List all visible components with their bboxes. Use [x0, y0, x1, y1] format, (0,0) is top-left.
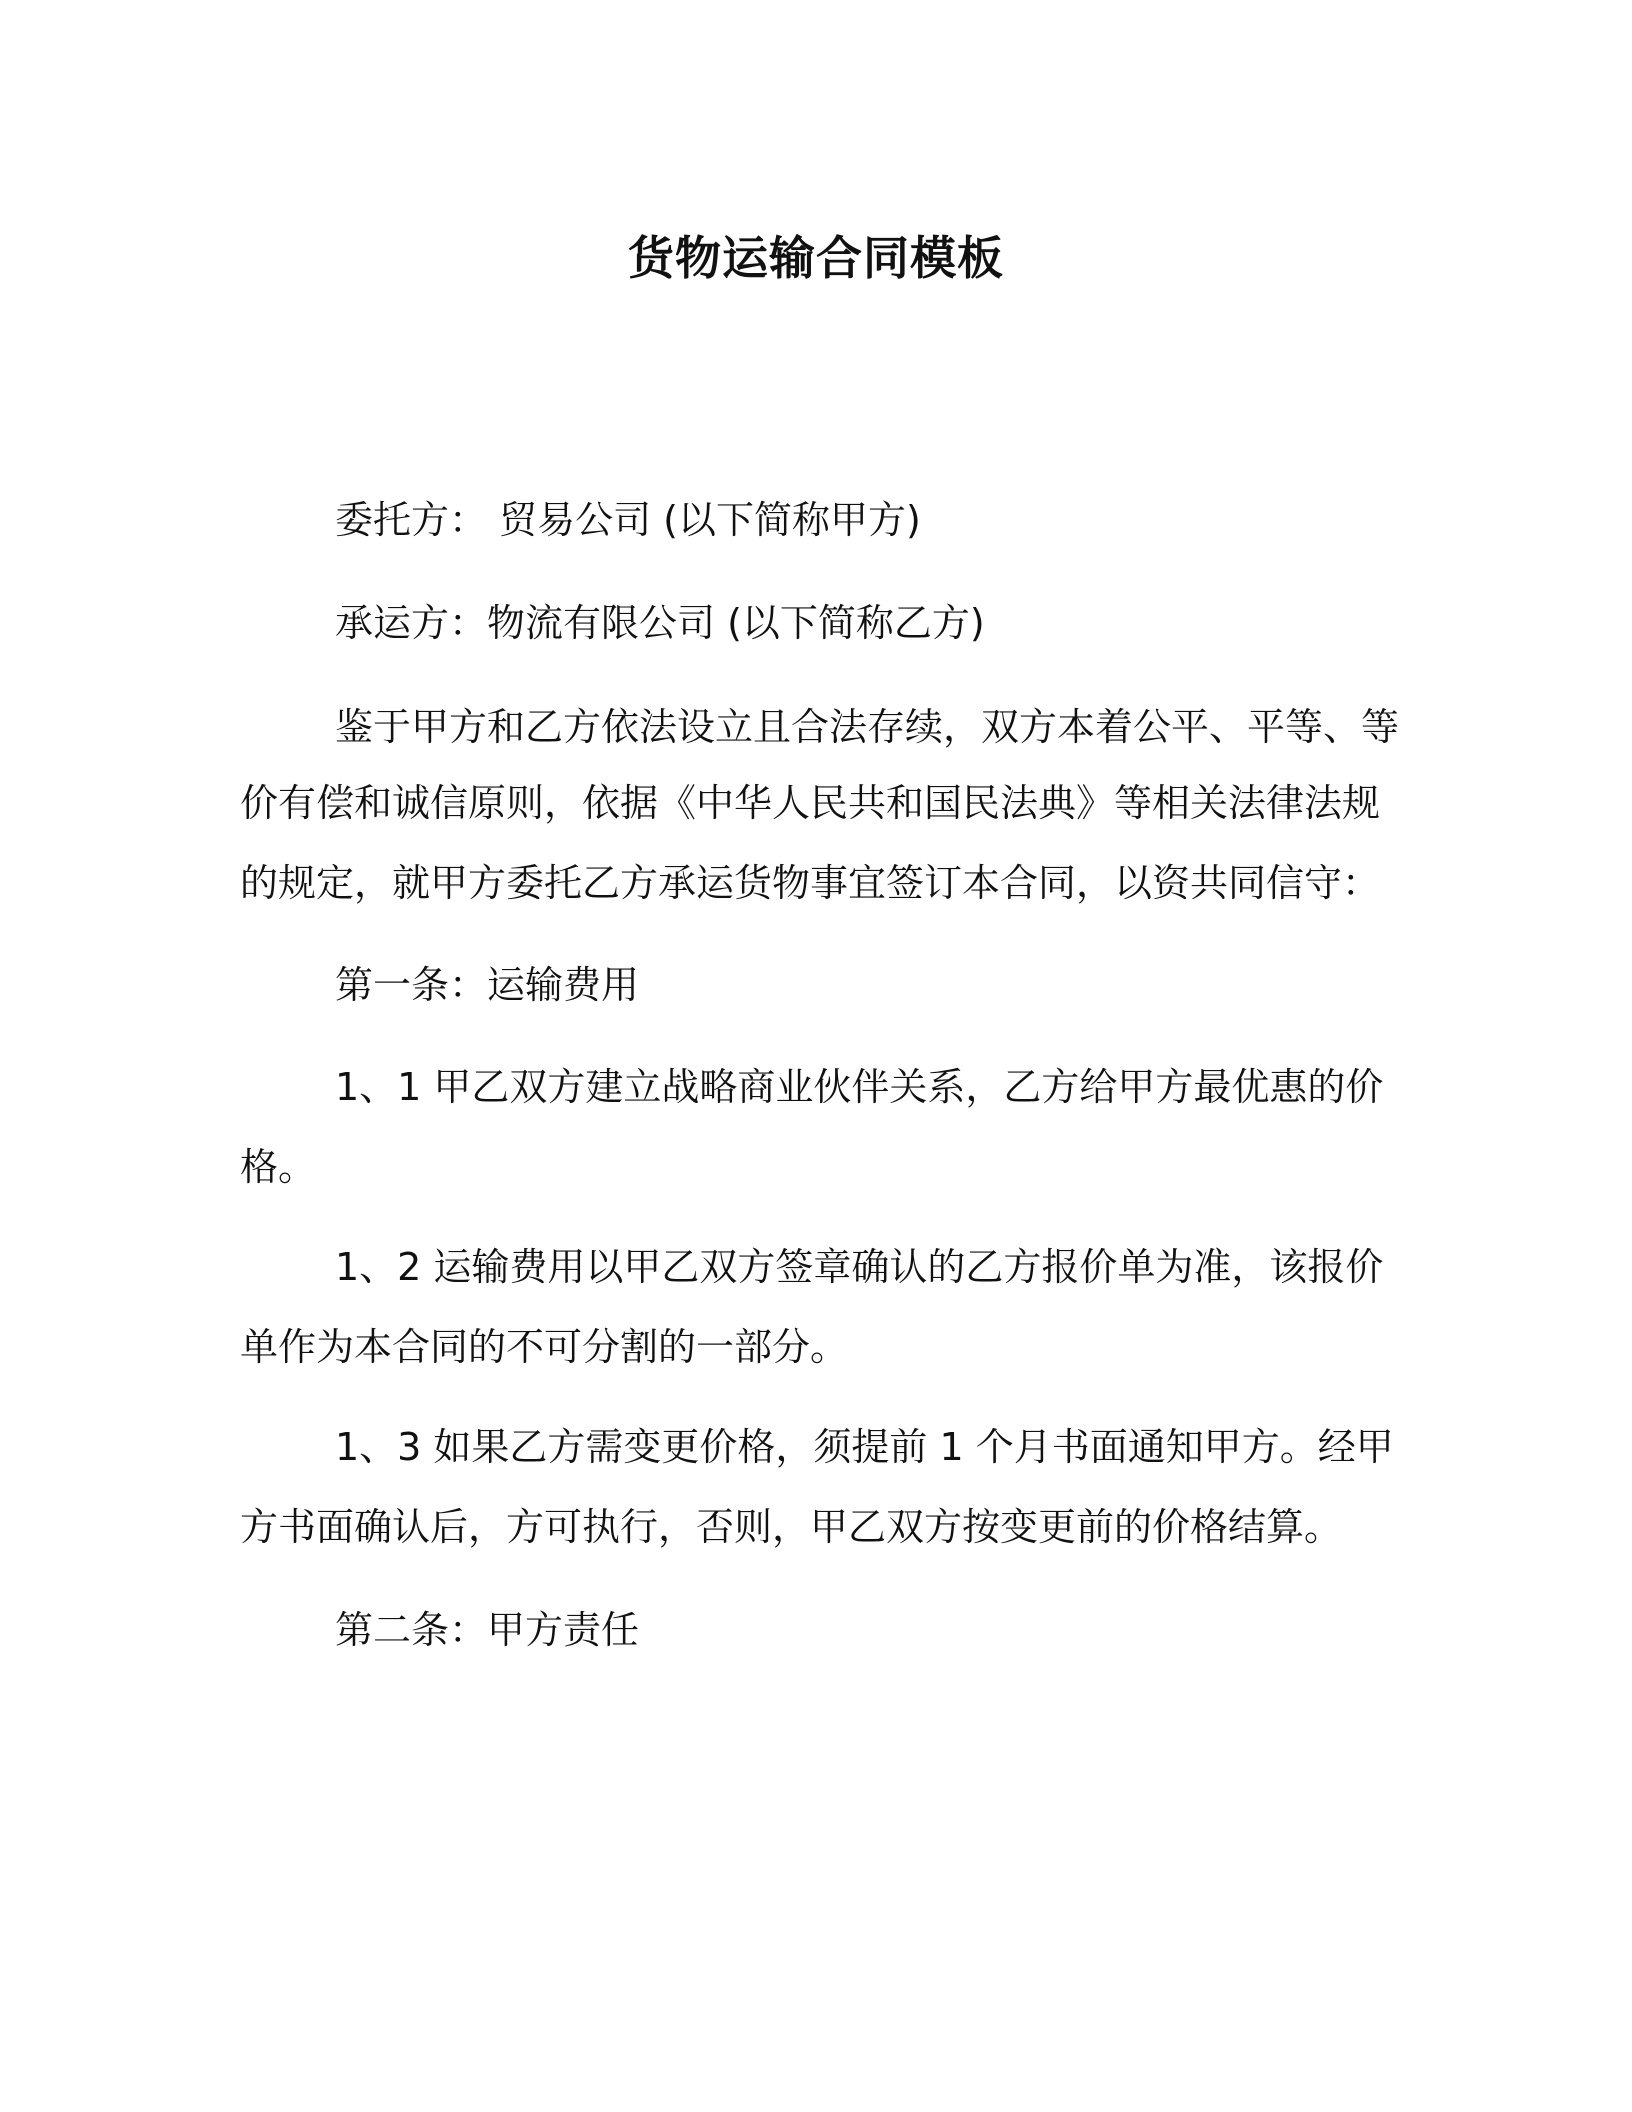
preamble-line-2: 价有偿和诚信原则，依据《中华人民共和国民法典》等相关法律法规 [240, 778, 1380, 828]
clause-1-1-line-2: 格。 [240, 1142, 1380, 1192]
article-1-heading: 第一条：运输费用 [335, 960, 1475, 1010]
clause-1-3-line-1: 1、3 如果乙方需变更价格，须提前 1 个月书面通知甲方。经甲 [335, 1422, 1475, 1472]
consignor-line: 委托方： 贸易公司 (以下简称甲方) [335, 495, 1475, 545]
clause-1-3-line-2: 方书面确认后，方可执行，否则，甲乙双方按变更前的价格结算。 [240, 1502, 1380, 1552]
preamble-line-3: 的规定，就甲方委托乙方承运货物事宜签订本合同，以资共同信守： [240, 858, 1380, 908]
clause-1-1-line-1: 1、1 甲乙双方建立战略商业伙伴关系，乙方给甲方最优惠的价 [335, 1062, 1475, 1112]
article-2-heading: 第二条：甲方责任 [335, 1605, 1475, 1655]
clause-1-2-line-1: 1、2 运输费用以甲乙双方签章确认的乙方报价单为准，该报价 [335, 1242, 1475, 1292]
document-title: 货物运输合同模板 [0, 222, 1632, 288]
carrier-line: 承运方：物流有限公司 (以下简称乙方) [335, 598, 1475, 648]
preamble-line-1: 鉴于甲方和乙方依法设立且合法存续，双方本着公平、平等、等 [335, 702, 1475, 752]
clause-1-2-line-2: 单作为本合同的不可分割的一部分。 [240, 1322, 1380, 1372]
